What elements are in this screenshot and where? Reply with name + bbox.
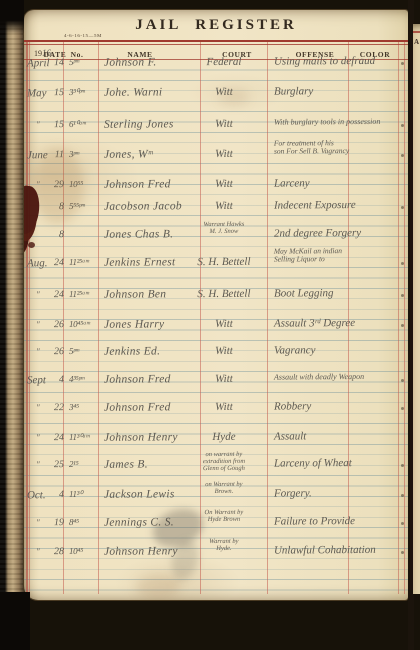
entry-day: 15 — [48, 119, 64, 130]
register-row: May153³⁰ᵖᵐJohe. WarniWittBurglary — [24, 85, 408, 114]
entry-court-line: S. H. Bettell — [182, 256, 266, 269]
entry-offense-line: Assault 3ʳᵈ Degree — [274, 317, 408, 330]
entry-offense-line: Larceny of Wheat — [274, 457, 408, 470]
register-row: ″265ᵖᵐJenkins Ed.WittVagrancy — [24, 344, 408, 373]
entry-court: Witt — [182, 401, 266, 414]
entry-court: Witt — [182, 200, 266, 213]
entry-court: Witt — [182, 373, 266, 386]
entry-month: ″ — [36, 289, 40, 299]
entry-month: ″ — [36, 517, 40, 527]
entry-court: Witt — [182, 345, 266, 358]
entry-offense-line: Larceny — [274, 177, 408, 190]
entry-name: Jenkins Ed. — [104, 345, 160, 357]
register-row: April145ᵖᵐJohnson F.FederalUsing mails t… — [24, 55, 408, 84]
entry-court-line: Witt — [182, 345, 266, 358]
entry-court: Witt — [182, 318, 266, 331]
header-rule — [24, 40, 408, 42]
margin-mark — [401, 124, 404, 127]
entry-offense-line: Failure to Provide — [274, 515, 408, 528]
entry-court-line: Witt — [182, 178, 266, 191]
entry-offense-line: Using mails to defraud — [274, 55, 408, 68]
margin-mark — [401, 206, 404, 209]
entry-day: 26 — [48, 346, 64, 357]
entry-month: ″ — [36, 119, 40, 129]
entry-time: 11²⁵ᵃᵐ — [69, 257, 89, 267]
register-row: ″2810⁴⁵Johnson HenryWarrant byHyde.Unlaw… — [24, 544, 408, 573]
entry-name: Jones Chas B. — [104, 228, 173, 240]
entry-time: 11²⁵ᵃᵐ — [69, 289, 89, 299]
entry-court-line: Brown. — [182, 488, 266, 496]
entry-offense: Larceny of Wheat — [274, 457, 408, 470]
margin-mark — [401, 262, 404, 265]
entry-day: 4 — [48, 374, 64, 385]
entry-name: Jacobson Jacob — [104, 200, 182, 213]
entry-offense-line: Vagrancy — [274, 344, 408, 357]
entry-month: ″ — [36, 402, 40, 412]
entry-offense: Robbery — [274, 400, 408, 413]
entry-day: 24 — [48, 432, 64, 443]
entry-day: 15 — [48, 87, 64, 98]
entry-offense: Assault with deadly Weapon — [274, 372, 408, 382]
entry-day: 28 — [48, 546, 64, 557]
entry-offense-line: Unlawful Cohabitation — [274, 544, 408, 557]
entry-offense-line: Indecent Exposure — [274, 199, 408, 212]
entry-court-line: Witt — [182, 148, 266, 161]
margin-mark — [401, 154, 404, 157]
entry-month: ″ — [36, 459, 40, 469]
entry-time: 2¹⁵ — [69, 459, 79, 469]
entry-court-line: Glenn of Gough — [182, 465, 266, 473]
entry-offense-line: Assault with deadly Weapon — [274, 372, 408, 382]
entry-name: Jones, Wᵐ — [104, 148, 153, 160]
entry-time: 5ᵖᵐ — [69, 57, 79, 67]
entry-offense-line: Selling Liquor to — [274, 255, 408, 264]
register-row: Aug.2411²⁵ᵃᵐJenkins ErnestS. H. BettellM… — [24, 255, 408, 284]
entry-month: ″ — [36, 346, 40, 356]
entry-time: 11³⁰ᵃᵐ — [69, 432, 89, 443]
entry-court-line: S. H. Bettell — [182, 288, 266, 301]
entry-court: Warrant HawksM. J. Snow — [182, 221, 266, 236]
entry-court-line: Witt — [182, 118, 266, 131]
entry-offense: Burglary — [274, 85, 408, 98]
entry-court-line: Witt — [182, 200, 266, 213]
entry-time: 10⁴⁵ᵃᵐ — [69, 319, 90, 329]
entry-month: ″ — [36, 432, 40, 442]
next-page-rule — [413, 31, 420, 33]
page-title: JAIL REGISTER — [24, 17, 408, 34]
entry-month: Aug. — [27, 257, 48, 269]
entry-court: S. H. Bettell — [182, 256, 266, 269]
entry-name: Johnson Henry — [104, 431, 178, 444]
entry-court: Federal — [182, 56, 266, 69]
entry-time: 3⁴⁵ — [69, 402, 79, 412]
margin-mark — [401, 294, 404, 297]
entry-time: 10⁴⁵ — [69, 546, 83, 556]
entry-offense: Assault 3ʳᵈ Degree — [274, 317, 408, 330]
margin-mark — [401, 494, 404, 497]
register-row: ″2411²⁵ᵃᵐJohnson BenS. H. BettellBoot Le… — [24, 287, 408, 316]
entry-offense: Unlawful Cohabitation — [274, 544, 408, 557]
entry-offense: 2nd degree Forgery — [274, 227, 408, 240]
entry-month: Sept — [27, 374, 46, 386]
entry-name: James B. — [104, 458, 148, 470]
entry-offense-line: Burglary — [274, 85, 408, 98]
entry-day: 8 — [48, 229, 64, 240]
margin-mark — [401, 324, 404, 327]
entry-day: 24 — [48, 257, 64, 268]
entry-name: Johnson Fred — [104, 178, 171, 190]
entry-offense: Failure to Provide — [274, 515, 408, 528]
entry-time: 8⁴⁵ — [69, 517, 79, 527]
entry-court: Witt — [182, 118, 266, 131]
entry-offense: May McKail an indianSelling Liquor to — [274, 247, 408, 264]
next-page-partial-header: A — [414, 38, 419, 46]
entry-court-line: Witt — [182, 401, 266, 414]
binding-shadow-bottom — [0, 592, 30, 650]
entry-court: on warrant byextradition fromGlenn of Go… — [182, 451, 266, 473]
entry-time: 11³⁰ — [69, 489, 83, 500]
entry-month: May — [27, 87, 47, 99]
form-code: 4-6-16-15—5M — [64, 34, 102, 39]
entry-name: Jackson Lewis — [104, 488, 175, 500]
entry-offense: Vagrancy — [274, 344, 408, 357]
entry-offense: With burglary tools in possession — [274, 117, 408, 127]
entry-offense-line: Boot Legging — [274, 287, 408, 300]
entry-offense-line: Robbery — [274, 400, 408, 413]
ink-stain — [28, 242, 35, 248]
entry-court-line: Federal — [182, 56, 266, 69]
entry-court-line: Witt — [182, 373, 266, 386]
entry-name: Sterling Jones — [104, 118, 174, 130]
entry-court: S. H. Bettell — [182, 288, 266, 301]
register-row: ″2610⁴⁵ᵃᵐJones HarryWittAssault 3ʳᵈ Degr… — [24, 317, 408, 346]
entry-time: 5ᵖᵐ — [69, 346, 79, 356]
entry-offense: Indecent Exposure — [274, 199, 408, 212]
margin-mark — [401, 379, 404, 382]
entry-court: Witt — [182, 148, 266, 161]
margin-mark — [401, 62, 404, 65]
entry-day: 19 — [48, 517, 64, 528]
entry-day: 26 — [48, 319, 64, 330]
margin-mark — [401, 464, 404, 467]
entry-court: Witt — [182, 178, 266, 191]
entry-offense: Assault — [274, 430, 408, 443]
entry-court: Hyde — [182, 431, 266, 444]
entry-name: Jones Harry — [104, 318, 165, 330]
entry-day: 24 — [48, 289, 64, 300]
entry-court-line: M. J. Snow — [182, 228, 266, 236]
entry-offense: For treatment of hisson For Sell B. Vagr… — [274, 139, 408, 156]
entry-offense-line: 2nd degree Forgery — [274, 227, 408, 240]
entry-time: 6¹⁰ᵃᵐ — [69, 119, 86, 130]
next-page-edge: A — [413, 24, 420, 594]
entry-month: Oct. — [27, 489, 46, 501]
entry-name: Johnson Henry — [104, 545, 178, 558]
age-stain — [219, 90, 249, 106]
entry-offense: Forgery. — [274, 487, 408, 500]
margin-mark — [401, 551, 404, 554]
entry-name: Johnson Fred — [104, 401, 171, 413]
entry-offense: Larceny — [274, 177, 408, 190]
entry-month: ″ — [36, 319, 40, 329]
entry-name: Johnson F. — [104, 56, 157, 68]
entry-time: 3³⁰ᵖᵐ — [69, 87, 85, 98]
entry-month: ″ — [36, 546, 40, 556]
entry-name: Johnson Fred — [104, 373, 171, 385]
register-page: JAIL REGISTER 4-6-16-15—5M 1916 DATE No.… — [24, 10, 408, 600]
age-stain — [32, 148, 84, 224]
entry-court: on Warrant byBrown. — [182, 481, 266, 496]
entry-offense-line: With burglary tools in possession — [274, 117, 408, 127]
book-binding — [0, 0, 24, 650]
entry-day: 14 — [48, 57, 64, 68]
margin-mark — [401, 522, 404, 525]
entry-month: April — [27, 57, 50, 69]
entry-time: 4³⁵ᵖᵐ — [69, 374, 84, 384]
register-row: Sept44³⁵ᵖᵐJohnson FredWittAssault with d… — [24, 372, 408, 401]
entry-court-line: Witt — [182, 318, 266, 331]
register-row: ″223⁴⁵Johnson FredWittRobbery — [24, 400, 408, 429]
binding-shadow-top — [0, 0, 24, 34]
entry-name: Jenkins Ernest — [104, 256, 176, 268]
entry-offense: Using mails to defraud — [274, 55, 408, 68]
entry-name: Johe. Warni — [104, 86, 163, 98]
entry-day: 25 — [48, 459, 64, 470]
entry-day: 4 — [48, 489, 64, 500]
entry-day: 22 — [48, 402, 64, 413]
entry-offense-line: Assault — [274, 430, 408, 443]
entry-offense-line: Forgery. — [274, 487, 408, 500]
margin-mark — [401, 407, 404, 410]
age-stain — [136, 575, 180, 599]
entry-offense-line: son For Sell B. Vagrancy — [274, 147, 408, 156]
entry-court-line: Hyde — [182, 431, 266, 444]
entry-offense: Boot Legging — [274, 287, 408, 300]
entry-name: Johnson Ben — [104, 288, 166, 300]
header-rule — [24, 44, 408, 45]
